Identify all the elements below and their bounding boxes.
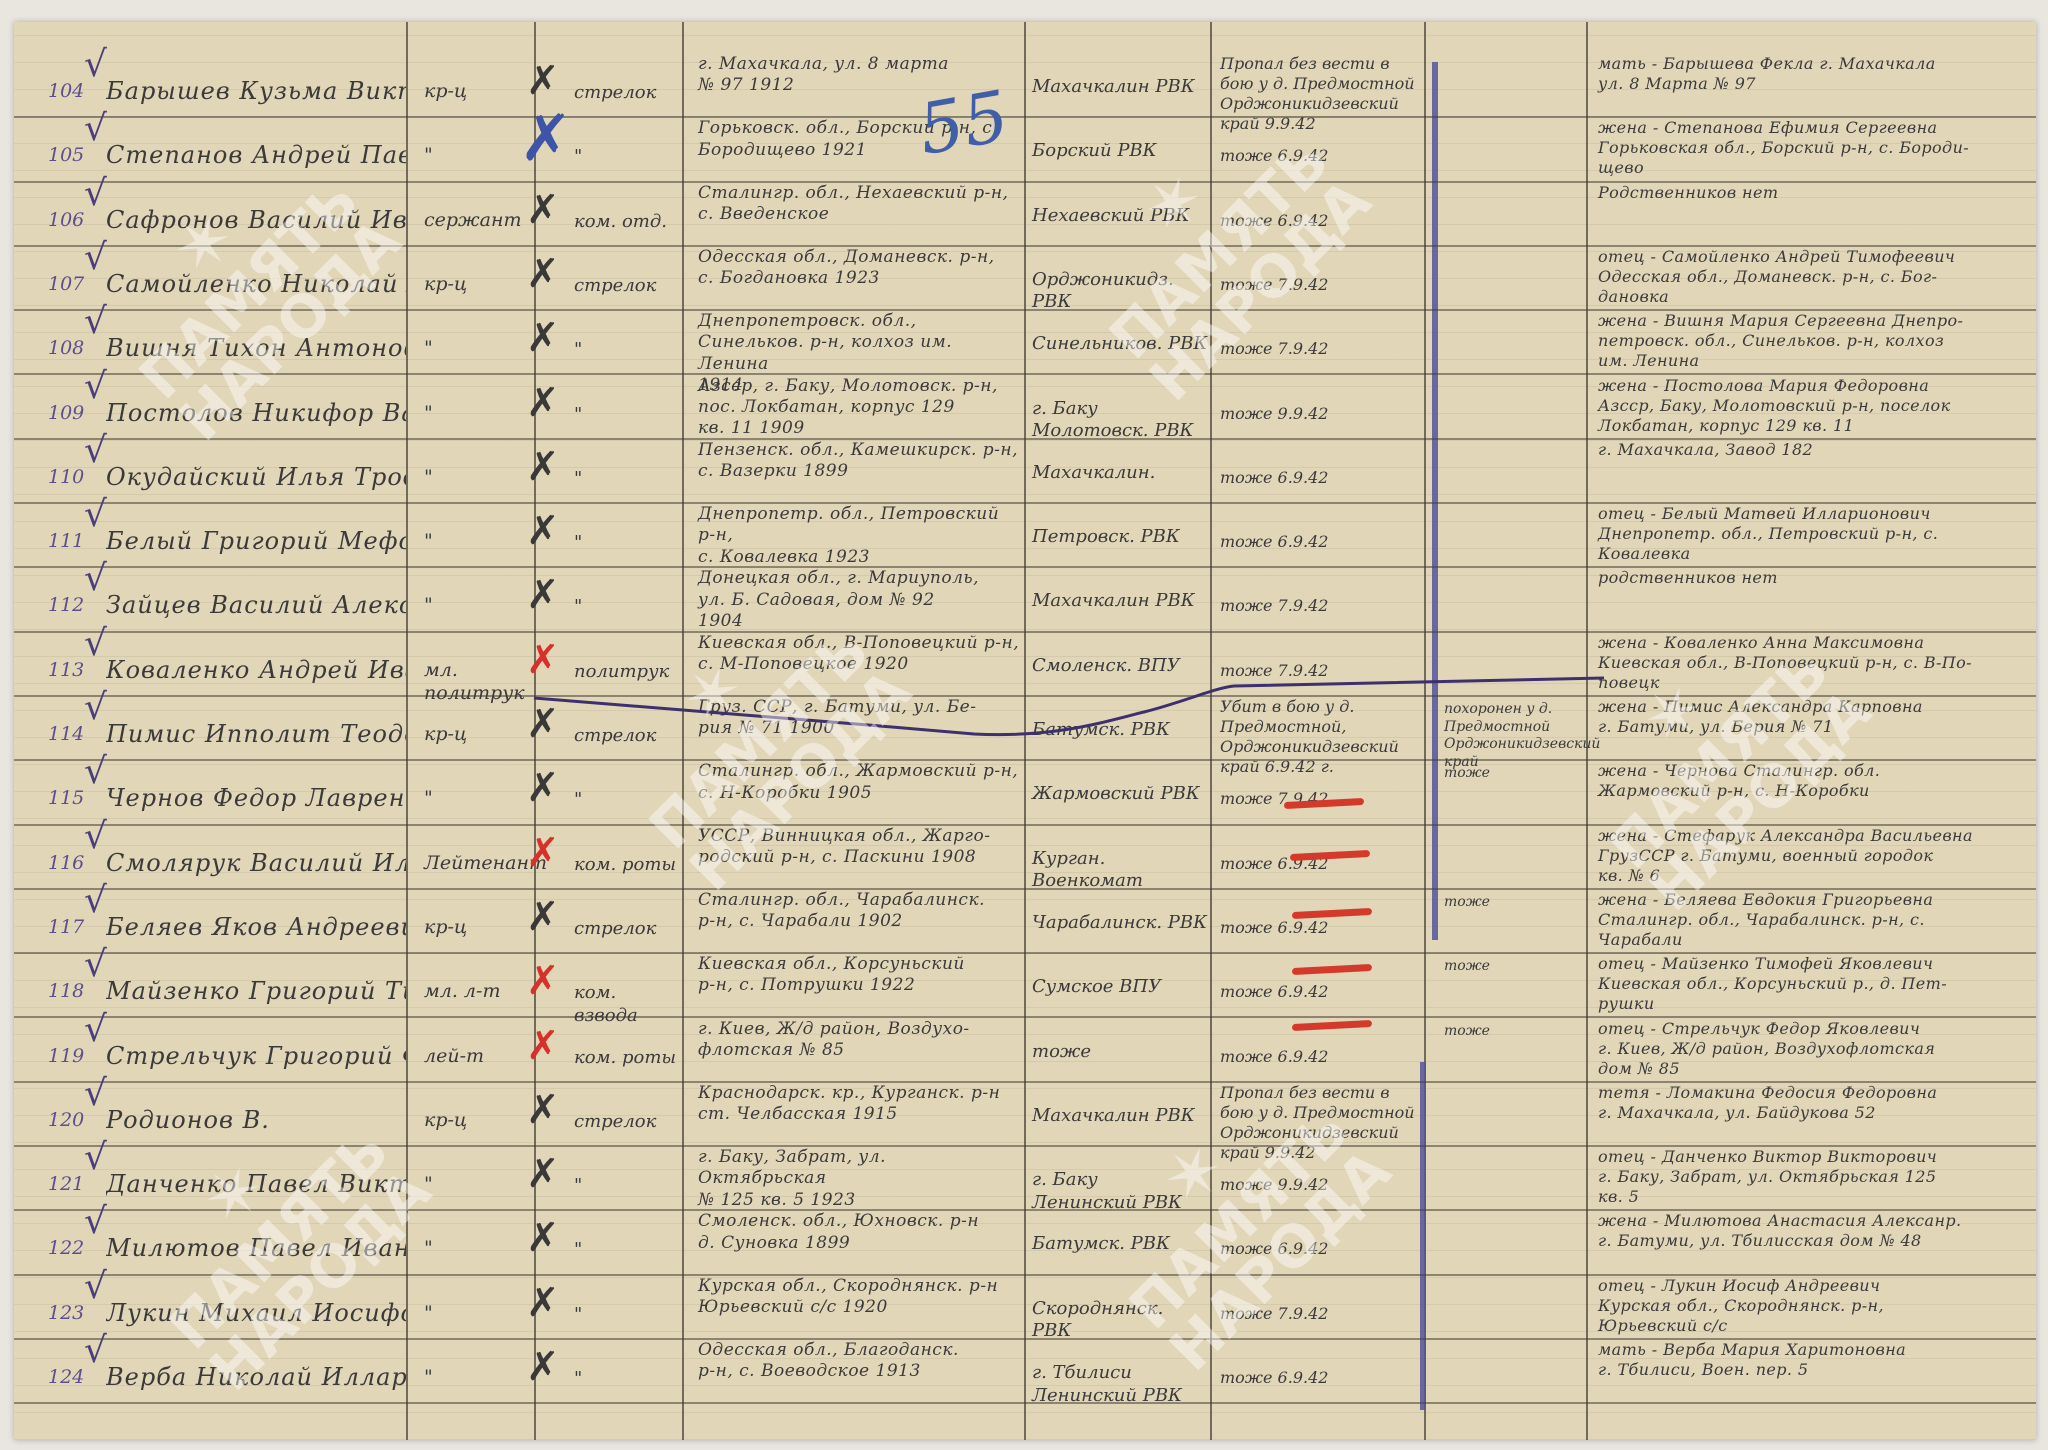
strike-line	[14, 22, 2036, 1440]
register-page: √104Барышев Кузьма Викторовкр-ц✗стрелокг…	[14, 22, 2036, 1440]
